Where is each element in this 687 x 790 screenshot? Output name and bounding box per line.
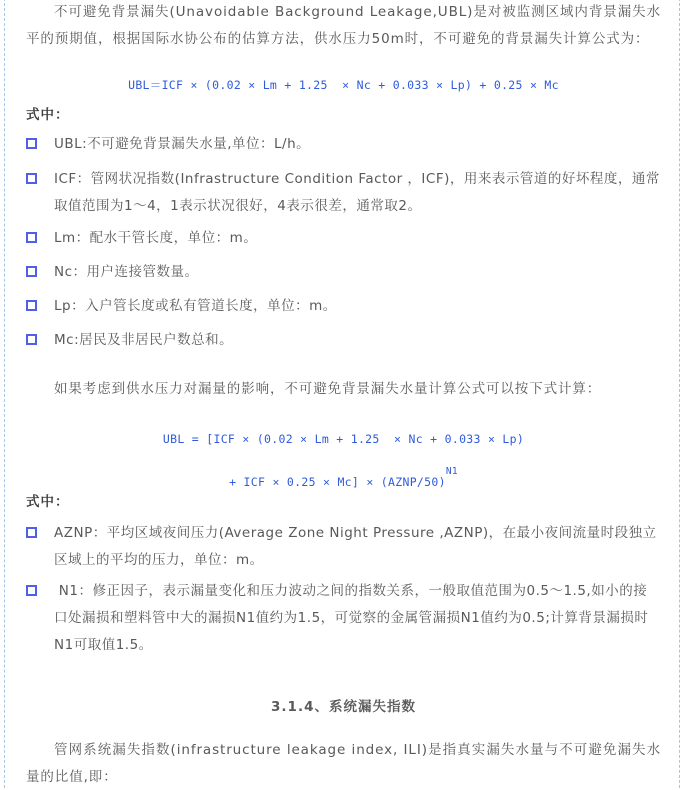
section-heading: 3.1.4、系统漏失指数 [26,695,661,715]
intro-paragraph: 不可避免背景漏失(Unavoidable Background Leakage,… [26,0,661,53]
definition-text: Lp：入户管长度或私有管道长度，单位：m。 [54,293,661,320]
ubl-formula: UBL＝ICF × (0.02 × Lm + 1.25 × Nc + 0.033… [26,77,661,93]
section-heading-text: 3.1.4、系统漏失指数 [271,695,416,715]
square-bullet-icon [26,300,37,311]
definition-n1: N1：修正因子，表示漏量变化和压力波动之间的指数关系，一般取值范围为0.5～1.… [26,578,661,659]
ubl-pressure-formula-line1: UBL = [ICF × (0.02 × Lm + 1.25 × Nc + 0.… [26,432,661,446]
square-bullet-icon [26,138,37,149]
square-bullet-icon [26,334,37,345]
definition-text: UBL:不可避免背景漏失水量,单位：L/h。 [54,131,661,158]
definition-icf: ICF：管网状况指数(Infrastructure Condition Fact… [26,166,661,220]
section-heading-label: 3.1.4、系统漏失指数 [271,699,416,715]
square-bullet-icon [26,585,37,596]
formula-exponent: N1 [446,466,458,477]
formula-line2-text: + ICF × 0.25 × Mc] × (AZNP/50) [229,475,446,489]
square-bullet-icon [26,173,37,184]
definition-lp: Lp：入户管长度或私有管道长度，单位：m。 [26,293,661,320]
square-bullet-icon [26,266,37,277]
definition-text: Lm：配水干管长度，单位：m。 [54,225,661,252]
square-bullet-icon [26,527,37,538]
definition-text: Mc:居民及非居民户数总和。 [54,327,661,354]
definition-text: N1：修正因子，表示漏量变化和压力波动之间的指数关系，一般取值范围为0.5～1.… [54,578,661,659]
definition-ubl: UBL:不可避免背景漏失水量,单位：L/h。 [26,131,661,158]
where-label: 式中： [26,490,70,510]
definition-aznp: AZNP：平均区域夜间压力(Average Zone Night Pressur… [26,520,661,574]
ubl-pressure-formula-line2: + ICF × 0.25 × Mc] × (AZNP/50)N1 [26,466,661,489]
where-label: 式中： [26,103,70,123]
square-bullet-icon [26,232,37,243]
definition-mc: Mc:居民及非居民户数总和。 [26,327,661,354]
pressure-paragraph: 如果考虑到供水压力对漏量的影响，不可避免背景漏失水量计算公式可以按下式计算： [54,376,661,403]
definition-text: Nc：用户连接管数量。 [54,259,661,286]
definition-lm: Lm：配水干管长度，单位：m。 [26,225,661,252]
ili-paragraph: 管网系统漏失指数(infrastructure leakage index, I… [26,737,661,790]
definition-text: ICF：管网状况指数(Infrastructure Condition Fact… [54,166,661,220]
definition-text: AZNP：平均区域夜间压力(Average Zone Night Pressur… [54,520,661,574]
definition-nc: Nc：用户连接管数量。 [26,259,661,286]
